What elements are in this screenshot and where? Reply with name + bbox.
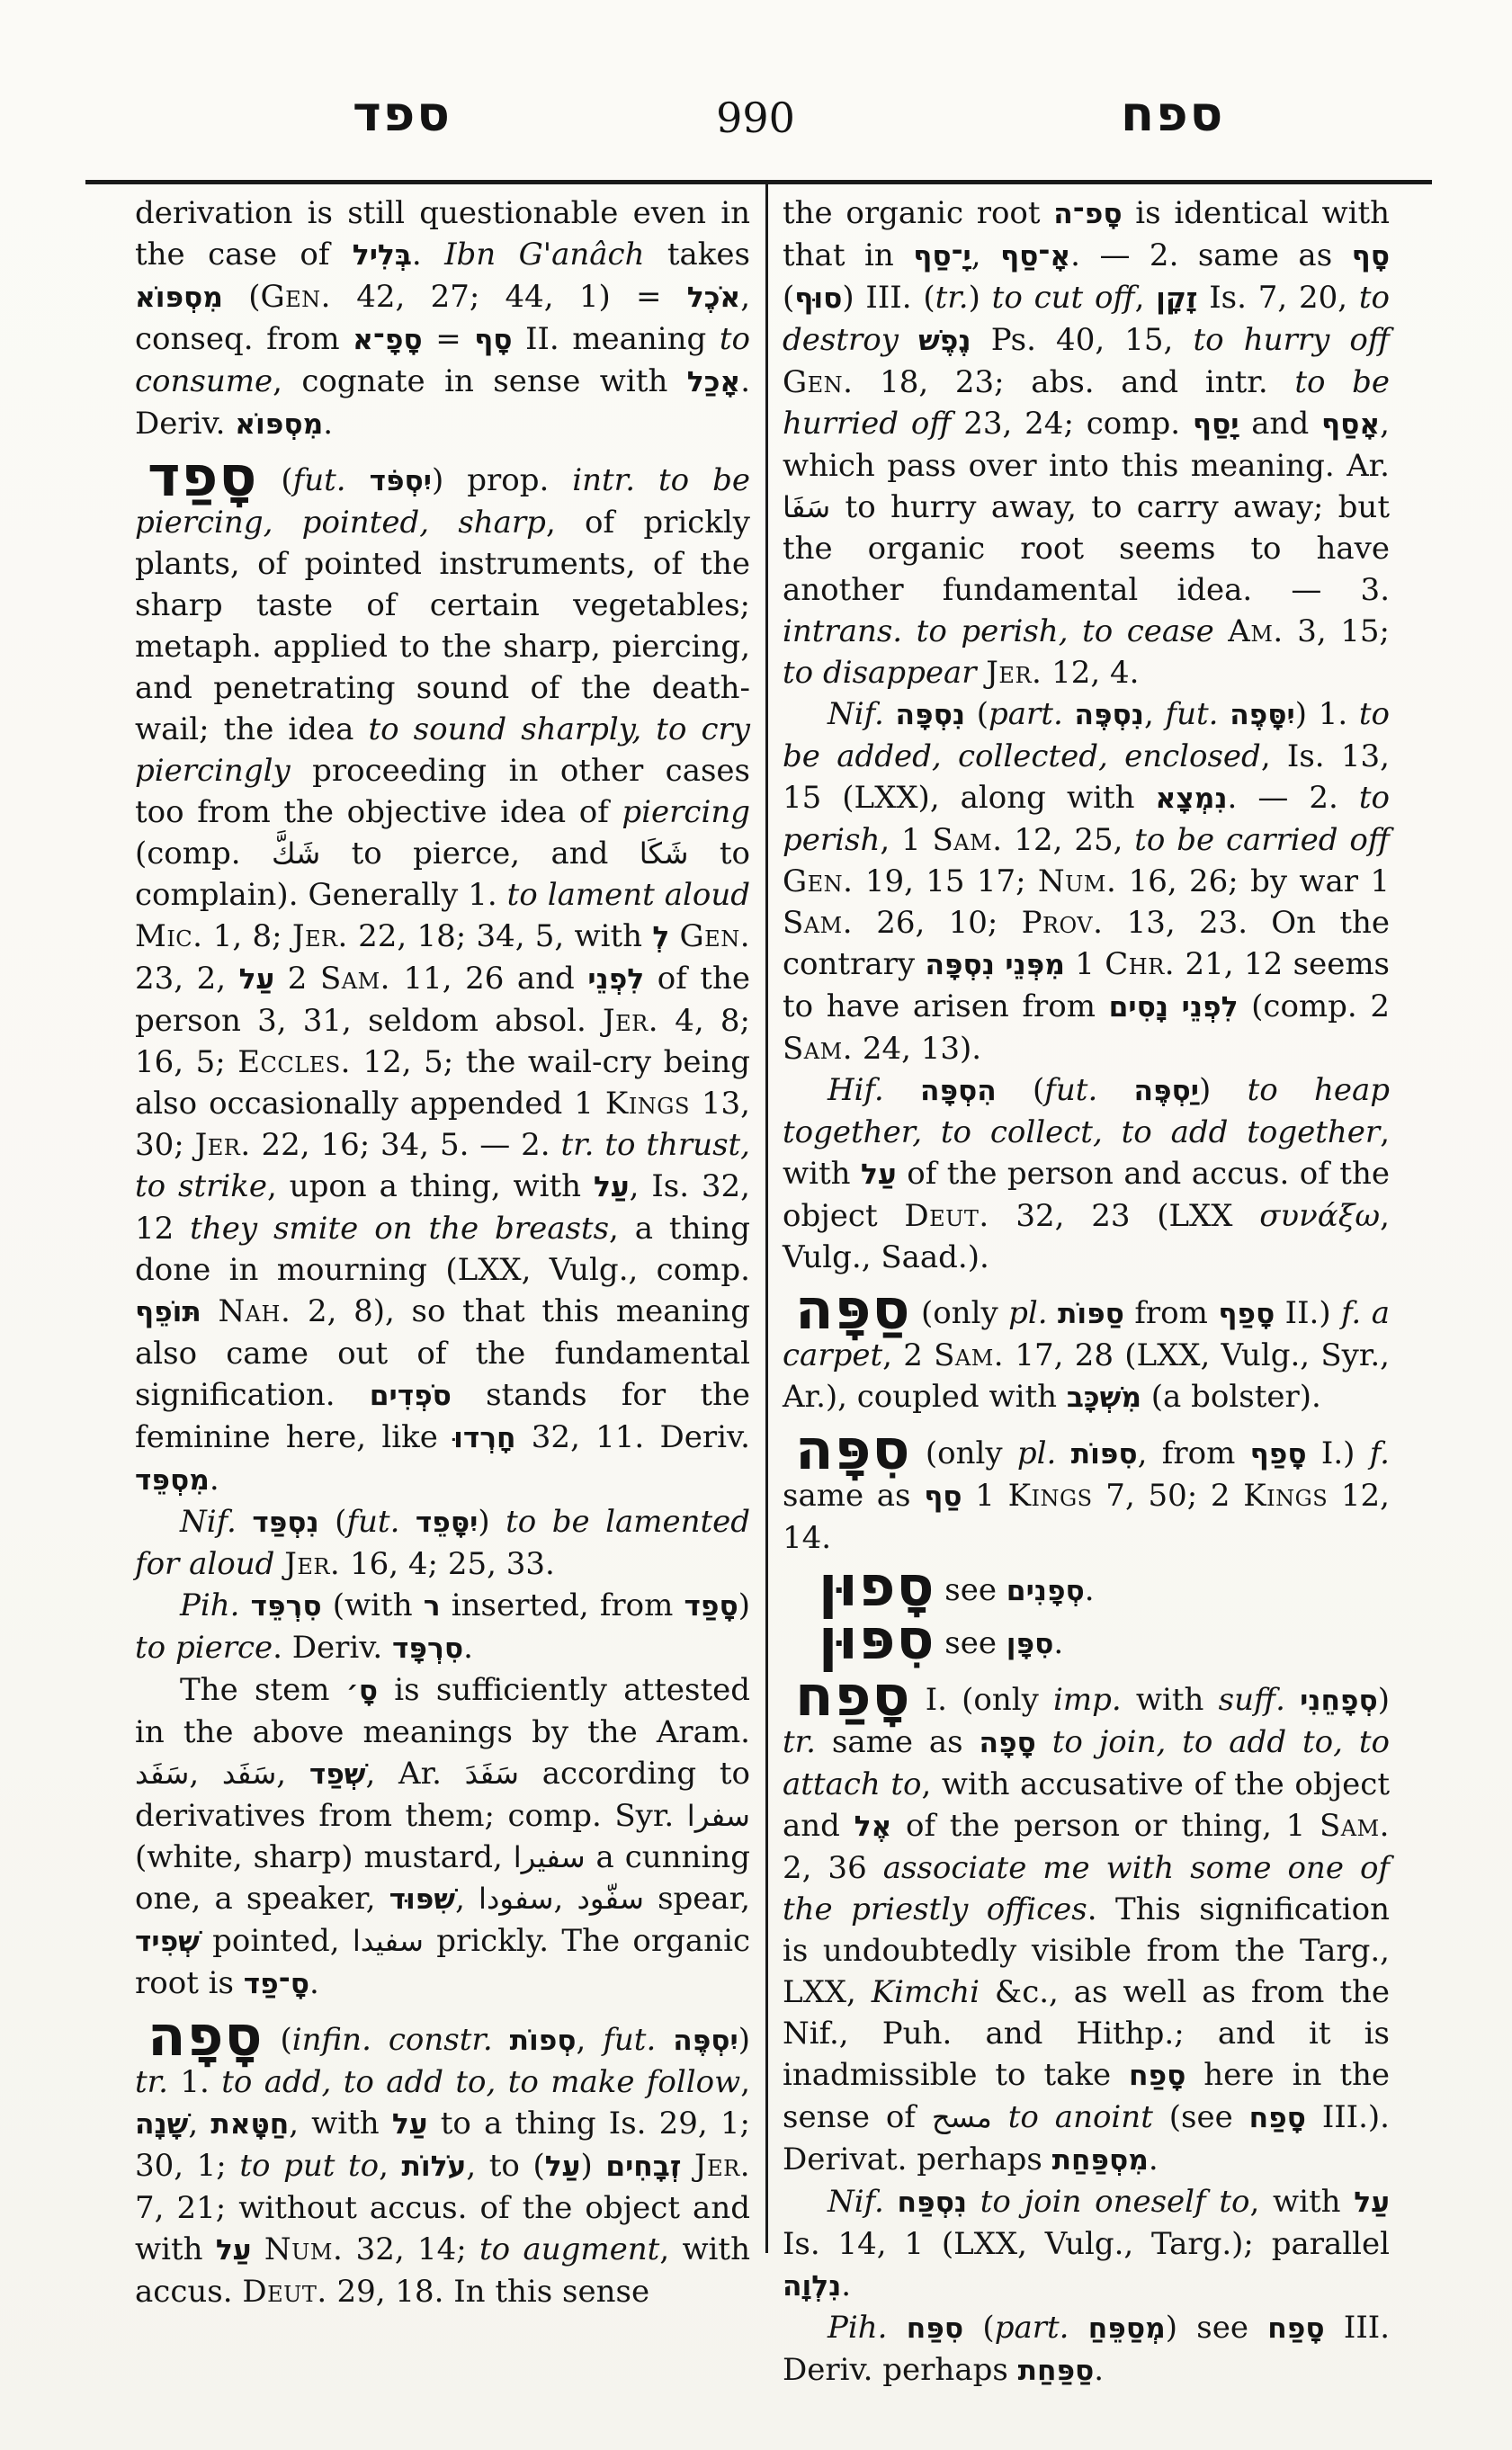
scripture-reference: Jer. [986, 655, 1042, 691]
body-text: (only [911, 1435, 1017, 1471]
hebrew-word: אֹכֶל [687, 282, 740, 314]
body-text [201, 1293, 219, 1329]
paragraph-stem: The stem סָ׳ is sufficiently attested in… [135, 1669, 750, 2005]
hebrew-word: זָקָן [1156, 282, 1197, 315]
hebrew-word: יִסָּפֶה [1230, 699, 1295, 731]
scripture-reference: Mic. [135, 918, 202, 954]
hebrew-word: סְפָחֵנִי [1300, 1685, 1378, 1717]
italic-text: part. [989, 696, 1063, 732]
scripture-reference: Kings [1243, 1478, 1328, 1514]
foreign-script-word: سَفَدَ [465, 1757, 519, 1791]
italic-text: imp. [1053, 1682, 1122, 1718]
italic-text: pl. [1008, 1295, 1047, 1331]
body-text: to pierce, and [320, 836, 640, 872]
body-text: 12, 4. [1042, 655, 1139, 691]
body-text [1285, 1682, 1300, 1718]
italic-text: they smite on the breasts [190, 1211, 609, 1247]
hebrew-word: שְׁפַד [309, 1758, 366, 1791]
entry-sippah: סִפָּה (only pl. סִפּוֹת, from סָפַף I.)… [783, 1433, 1390, 1559]
foreign-script-word: سَفَد [222, 1757, 276, 1791]
body-text [1214, 613, 1229, 649]
body-text: 42, 27; 44, 1) = [331, 279, 687, 315]
body-text [884, 696, 896, 732]
body-text: ( [223, 279, 261, 315]
body-text: and [1239, 406, 1321, 442]
hebrew-word: יַסְפֶּה [1134, 1075, 1200, 1107]
italic-text: suff. [1219, 1682, 1285, 1718]
body-text: ) [738, 1587, 750, 1623]
scripture-reference: Deut. [904, 1198, 989, 1234]
body-text: . [412, 237, 444, 273]
hebrew-word: נִסְפֶּה [1075, 699, 1144, 731]
hebrew-word: סֹפְדִים [370, 1380, 452, 1412]
body-text: , [379, 2148, 401, 2184]
foreign-script-word: سَفَد [135, 1757, 189, 1791]
hebrew-word: שִׁפּוּד [389, 1883, 455, 1916]
hebrew-word: מִסְפַּחַת [1052, 2144, 1149, 2177]
foreign-script-word: مسح [932, 2100, 992, 2134]
scripture-reference: Jer. [195, 1127, 251, 1163]
italic-text: part. [995, 2310, 1069, 2346]
body-text [995, 946, 1005, 982]
entry-headword-hebrew: סִפָּה [795, 1417, 911, 1482]
hebrew-word: עַל [861, 1158, 897, 1191]
hebrew-word: יָסַף [1193, 408, 1239, 441]
hebrew-word: סִפּוֹת [1071, 1438, 1138, 1471]
body-text: , Ar. [365, 1756, 464, 1792]
italic-text: fut. [293, 462, 346, 498]
body-text: 7, 50; 2 [1093, 1478, 1244, 1514]
body-text: (see [1153, 2099, 1249, 2135]
paragraph-continuation: the organic root סָפ־ה is identical with… [783, 192, 1390, 693]
body-text [493, 2022, 510, 2058]
body-text: ( [965, 696, 989, 732]
body-text [899, 322, 918, 358]
scripture-reference: Gen. [783, 863, 854, 899]
body-text: Is. 14, 1 (LXX, Vulg., Targ.); parallel [783, 2226, 1390, 2262]
italic-text: fut. [346, 1504, 399, 1540]
body-text: ( [319, 1504, 347, 1540]
body-text: I.) [1307, 1435, 1370, 1471]
body-text: (with [322, 1587, 424, 1623]
hebrew-word: נִסְפָּה [925, 949, 994, 981]
body-text: The stem [180, 1672, 346, 1708]
body-text: from [1124, 1295, 1218, 1331]
paragraph-niphal: Nif. נִסְפַּח to join oneself to, with ע… [783, 2181, 1390, 2307]
body-text: (white, sharp) mustard, [135, 1839, 514, 1875]
hebrew-word: חָרְדוּ [453, 1422, 515, 1454]
body-text [976, 655, 986, 691]
hebrew-word: עַל [239, 963, 275, 996]
paragraph-niphal: Nif. נִסְפַּד (fut. יִסָּפֵד) to be lame… [135, 1501, 750, 1585]
scripture-reference: Sam. [320, 961, 390, 997]
scripture-reference: Deut. [242, 2274, 327, 2310]
hebrew-word: בְּלִיל [353, 239, 412, 272]
body-text: II. meaning [513, 321, 720, 357]
hebrew-word: סִרְפָּד [392, 1632, 463, 1665]
body-text: , 2 [882, 1337, 934, 1373]
body-text: takes [644, 237, 750, 273]
entry-headword-hebrew: סָפַח [795, 1663, 911, 1729]
entry-saphach-I: סָפַח I. (only imp. with suff. סְפָחֵנִי… [783, 1679, 1390, 2181]
body-text: , [189, 1756, 222, 1792]
foreign-script-word: شَكَا [640, 836, 689, 871]
body-text: , [276, 1756, 309, 1792]
body-text: . [309, 1965, 319, 2001]
foreign-script-word: سفرا [687, 1799, 750, 1833]
italic-text: intrans. [783, 613, 902, 649]
hebrew-word: חַטָּאת [210, 2108, 289, 2141]
body-text: the organic root [783, 195, 1053, 231]
foreign-script-word: شَكَّ [272, 836, 320, 871]
italic-text: f. [1370, 1435, 1390, 1471]
hebrew-word: סָ׳ [346, 1675, 378, 1707]
italic-text: intr. [572, 462, 635, 498]
body-text: . [210, 1462, 219, 1498]
body-text: ( [963, 2310, 995, 2346]
page-number: 990 [693, 97, 819, 139]
body-text [669, 918, 679, 954]
body-text: 12, 25, [1003, 822, 1135, 858]
scripture-reference: Kings [1008, 1478, 1093, 1514]
scripture-reference: Gen. [260, 279, 331, 315]
hebrew-word: יִסְפֶּה [673, 2025, 738, 2057]
hebrew-word: יָ־סַף [913, 240, 971, 273]
hebrew-word: סָפַף [1250, 1438, 1307, 1471]
italic-text: to hurry off [1194, 322, 1391, 358]
body-text: . Deriv. [273, 1630, 392, 1666]
body-text: ) [478, 1504, 505, 1540]
hebrew-word: סַפּוֹת [1058, 1298, 1124, 1330]
body-text: ) III. ( [842, 280, 935, 316]
italic-text: fut. [1166, 696, 1219, 732]
hebrew-word: סָף [474, 324, 512, 356]
hebrew-word: יִסָּפֵד [416, 1507, 478, 1539]
body-text [902, 613, 917, 649]
scripture-reference: Num. [264, 2231, 343, 2267]
body-text [656, 2022, 673, 2058]
entry-sippun-crossref: סִפּוּן see סִפָּן. [783, 1623, 1390, 1665]
body-text: 11, 26 and [390, 961, 587, 997]
scripture-reference: Sam. [1320, 1808, 1390, 1844]
foreign-script-word: سفيدا [353, 1924, 424, 1958]
italic-text: Nif. [180, 1504, 237, 1540]
body-text: 1. [168, 2064, 221, 2100]
paragraph-hiphil: Hif. הִסְפָּה (fut. יַסְפֶּה) to heap to… [783, 1069, 1390, 1278]
hebrew-word: סוּף [794, 282, 842, 315]
hebrew-word: סִפַּח [907, 2312, 963, 2345]
scripture-reference: Am. [1228, 613, 1283, 649]
body-text: of the person or thing, 1 [891, 1808, 1320, 1844]
foreign-script-word: سفيرا [514, 1840, 586, 1874]
italic-text: to join oneself to [980, 2184, 1250, 2220]
entry-sappah: סַפָּה (only pl. סַפּוֹת from סָפַף II.)… [783, 1292, 1390, 1418]
italic-text: Hif. [828, 1072, 884, 1108]
hebrew-word: מִסְפּוֹא [135, 282, 223, 314]
body-text: = [423, 321, 475, 357]
hebrew-word: אֶל [854, 1811, 892, 1843]
text-columns: derivation is still questionable even in… [135, 192, 1390, 2392]
italic-text: Nif. [828, 696, 884, 732]
italic-text: tr. [135, 2064, 168, 2100]
hebrew-word: שָׁנָה [135, 2108, 188, 2141]
italic-text: Pih. [828, 2310, 887, 2346]
scripture-reference: Kings [605, 1086, 690, 1122]
scripture-reference: Gen. [680, 918, 751, 954]
italic-text: Ibn G'anâch [444, 237, 644, 273]
hebrew-word: תּוֹפֵף [135, 1296, 201, 1328]
body-text [635, 462, 658, 498]
body-text: pointed, [200, 1923, 353, 1959]
hebrew-word: עַל [392, 2108, 428, 2141]
hebrew-word: עַל [545, 2150, 581, 2183]
body-text [1097, 1072, 1133, 1108]
body-text: . [323, 406, 333, 442]
body-text: 1 [1065, 946, 1105, 982]
body-text [252, 2231, 264, 2267]
header-rule [85, 180, 1432, 184]
hebrew-word: סָפָה [980, 1727, 1036, 1759]
body-text: ) [1378, 1682, 1390, 1718]
body-text: with [1122, 1682, 1219, 1718]
body-text: see [935, 1625, 1006, 1661]
entry-saphad: סָפַד (fut. יִסְפֹּד) prop. intr. to be … [135, 460, 750, 1501]
italic-text: infin. constr. [292, 2022, 493, 2058]
foreign-script-word: سفّود [577, 1882, 643, 1916]
italic-text: to add, to add to, to make follow [221, 2064, 740, 2100]
italic-text: to be carried off [1134, 822, 1390, 858]
body-text: 2 [274, 961, 320, 997]
hebrew-word: סָפַח [1129, 2060, 1185, 2092]
hebrew-word: סִפָּן [1007, 1628, 1054, 1660]
body-text: . [1053, 1625, 1063, 1661]
body-text: ( [997, 1072, 1045, 1108]
body-text [1168, 988, 1182, 1024]
body-text: . [841, 2267, 851, 2303]
hebrew-word: סִרְפֵּד [251, 1590, 322, 1623]
italic-text: Kimchi [872, 1974, 980, 2010]
body-text: , [188, 2106, 210, 2142]
body-text: 16, 4; 25, 33. [340, 1546, 555, 1582]
body-text: , with [1250, 2184, 1355, 2220]
italic-text: Nif. [828, 2184, 884, 2220]
scripture-reference: Gen. [783, 364, 854, 400]
hebrew-word: שְׁפִיד [135, 1926, 200, 1958]
hebrew-word: עַל [594, 1171, 630, 1203]
scanned-book-page: ספד 990 ספח derivation is still question… [0, 0, 1512, 2450]
body-text: 32, 11. Deriv. [516, 1419, 750, 1455]
body-text: Is. 7, 20, [1197, 280, 1358, 316]
body-text: spear, [644, 1881, 750, 1917]
body-text [681, 2148, 694, 2184]
hebrew-word: זְבָחִים [605, 2150, 681, 2183]
body-text: ( [783, 280, 794, 316]
scripture-reference: Jer. [694, 2148, 750, 2184]
body-text: . [463, 1630, 473, 1666]
body-text: . [1085, 1572, 1095, 1608]
hebrew-word: נִלְוָה [783, 2270, 841, 2302]
hebrew-word: סָפַד [684, 1590, 738, 1623]
hebrew-word: מְסַפֵּחַ [1088, 2312, 1166, 2345]
body-text: . [1149, 2142, 1159, 2177]
body-text [1063, 696, 1075, 732]
paragraph-continuation: derivation is still questionable even in… [135, 192, 750, 445]
body-text [239, 1587, 250, 1623]
body-text: , to ( [466, 2148, 544, 2184]
body-text: same as [783, 1478, 924, 1514]
hebrew-word: סָפַח [1267, 2312, 1324, 2345]
italic-text: to cut off [992, 280, 1135, 316]
italic-text: pl. [1017, 1435, 1056, 1471]
body-text: 1 [962, 1478, 1008, 1514]
italic-text: tr. [935, 280, 969, 316]
body-text: , [577, 2022, 604, 2058]
body-text: I. (only [911, 1682, 1054, 1718]
body-text: , [740, 2064, 750, 2100]
hebrew-word: נִמְצָא [1156, 782, 1228, 815]
hebrew-word: נִסְפַּח [898, 2186, 967, 2219]
body-text: , [455, 1881, 479, 1917]
body-text: same as [816, 1724, 980, 1760]
hebrew-word: סַף [924, 1480, 962, 1513]
hebrew-word: סְפוֹת [510, 2025, 577, 2057]
body-text [1218, 696, 1230, 732]
italic-text: to anoint [1008, 2099, 1153, 2135]
hebrew-word: עֹלוֹת [402, 2150, 467, 2183]
scripture-reference: Sam. [783, 1031, 853, 1067]
scripture-reference: Eccles. [237, 1044, 351, 1080]
hebrew-word: נִסְפַּד [252, 1507, 318, 1539]
running-head-left-word: ספד [353, 90, 452, 139]
hebrew-word: לִפְנֵי [1182, 991, 1239, 1024]
hebrew-word: סָפ־ה [1053, 198, 1122, 230]
hebrew-word: סַפַּחַת [1018, 2355, 1095, 2387]
body-text: ( [257, 462, 292, 498]
body-text [1069, 2310, 1087, 2346]
body-text: 2, 36 [783, 1850, 883, 1886]
right-column: the organic root סָפ־ה is identical with… [783, 192, 1390, 2392]
body-text: 18, 23; abs. and intr. [854, 364, 1295, 400]
body-text [346, 462, 370, 498]
body-text: 29, 18. In this sense [327, 2274, 649, 2310]
hebrew-word: לְ [652, 921, 669, 953]
scripture-reference: Sam. [934, 1337, 1004, 1373]
body-text: 24, 13). [853, 1031, 981, 1067]
body-text: see [935, 1572, 1006, 1608]
body-text: ( [264, 2022, 292, 2058]
body-text [274, 1546, 284, 1582]
body-text [399, 1504, 416, 1540]
scripture-reference: Chr. [1105, 946, 1175, 982]
body-text: (only [911, 1295, 1009, 1331]
body-text: , with [289, 2106, 392, 2142]
body-text [967, 2184, 980, 2220]
body-text [887, 2310, 906, 2346]
body-text: Ps. 40, 15, [971, 322, 1194, 358]
scripture-reference: Jer. [292, 918, 348, 954]
body-text: , [1135, 280, 1157, 316]
italic-text: fut. [1044, 1072, 1097, 1108]
body-text: (comp. 2 [1239, 988, 1391, 1024]
body-text: , from [1138, 1435, 1250, 1471]
body-text: 22, 16; 34, 5. — 2. [251, 1127, 561, 1163]
body-text: ) prop. [432, 462, 572, 498]
italic-text: fut. [603, 2022, 656, 2058]
hebrew-word: לִפְנֵי [587, 963, 644, 996]
body-text: 1, 8; [202, 918, 291, 954]
hebrew-word: מִשְׁכָּב [1067, 1381, 1141, 1414]
body-text: , cognate in sense with [273, 363, 687, 399]
body-text: . — 2. [1228, 780, 1359, 816]
scripture-reference: Sam. [783, 905, 853, 941]
hebrew-word: מִסְפּוֹא [235, 408, 323, 441]
hebrew-word: יִסְפֹּד [370, 465, 432, 497]
hebrew-word: נָסִים [1109, 991, 1168, 1024]
body-text [884, 1072, 920, 1108]
body-text: 16, 26; by war 1 [1116, 863, 1390, 899]
body-text: ) see [1166, 2310, 1268, 2346]
italic-text: to lament aloud [507, 877, 750, 913]
body-text: (comp. [135, 836, 272, 872]
body-text: (a bolster). [1141, 1379, 1321, 1415]
body-text: . [1094, 2352, 1104, 2388]
body-text: , 1 [880, 822, 932, 858]
body-text: , upon a thing, with [267, 1168, 594, 1204]
body-text: ) [738, 2022, 750, 2058]
hebrew-word: סָפַף [1218, 1298, 1275, 1330]
hebrew-word: ר [424, 1590, 441, 1623]
italic-text: συνάξω [1259, 1198, 1380, 1234]
hebrew-word: עַל [216, 2234, 252, 2267]
body-text [992, 2099, 1008, 2135]
body-text [1048, 1295, 1058, 1331]
scripture-reference: Jer. [603, 1003, 658, 1039]
hebrew-word: אָ־סַף [1000, 240, 1070, 273]
entry-saphun-crossref: סָפוּן see סְפָנִים. [783, 1569, 1390, 1612]
hebrew-word: אָכַל [687, 366, 740, 398]
italic-text: to put to [239, 2148, 379, 2184]
paragraph-pihel: Pih. סִרְפֵּד (with ר inserted, from סָפ… [135, 1585, 750, 1669]
body-text [884, 2184, 898, 2220]
foreign-script-word: سَفَا [783, 490, 830, 524]
body-text: 32, 14; [343, 2231, 479, 2267]
hebrew-word: סָפָ־א [353, 324, 423, 356]
body-text: 23, 2, [135, 961, 239, 997]
hebrew-word: מִפְּנֵי [1005, 949, 1065, 981]
body-text: 26, 10; [853, 905, 1022, 941]
body-text: ) 1. [1295, 696, 1359, 732]
body-text [237, 1504, 253, 1540]
body-text: 19, 15 17; [854, 863, 1038, 899]
hebrew-word: נֶפֶשׁ [918, 325, 971, 357]
italic-text: tr. [783, 1724, 816, 1760]
body-text: , [971, 237, 1000, 273]
body-text: ) [580, 2148, 605, 2184]
body-text: . — 2. same as [1070, 237, 1351, 273]
hebrew-word: סָ־פַד [244, 1968, 309, 2000]
body-text: inserted, from [441, 1587, 684, 1623]
body-text: ) [1199, 1072, 1248, 1108]
scripture-reference: Jer. [284, 1546, 340, 1582]
body-text: 23, 24; comp. [951, 406, 1192, 442]
body-text: 3, 15; [1284, 613, 1390, 649]
hebrew-word: נִסְפָּה [896, 699, 965, 731]
body-text: to hurry away, to carry away; but the or… [783, 489, 1390, 608]
entry-saphah-verb: סָפָה (infin. constr. סְפוֹת, fut. יִסְפ… [135, 2019, 750, 2312]
body-text: , [553, 1881, 577, 1917]
italic-text: Pih. [180, 1587, 239, 1623]
hebrew-word: סָפַח [1249, 2102, 1306, 2134]
